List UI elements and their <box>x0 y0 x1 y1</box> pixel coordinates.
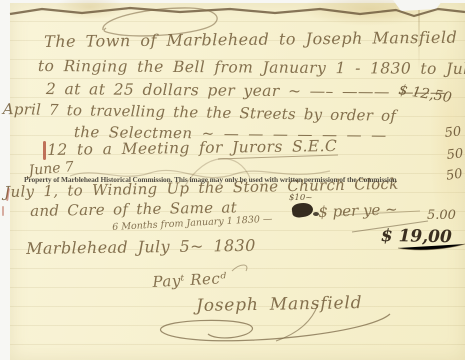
red-mark <box>43 141 46 160</box>
amount-total: $ 19,00 <box>381 226 452 247</box>
entry-ringing-line2: 2 at at 25 dollars per year ~ —– ——— ——— <box>46 80 446 101</box>
entry-ringing-line1: to Ringing the Bell from January 1 - 183… <box>38 57 465 78</box>
amount-clock: 5.00 <box>427 208 456 223</box>
amount-june: 50 <box>445 166 464 183</box>
clock-superscript: $10~ <box>289 193 312 203</box>
watermark-overlay: Property of Marblehead Historical Commis… <box>24 175 397 184</box>
document-scan: The Town of Marblehead to Joseph Mansfie… <box>0 0 465 360</box>
signature: Joseph Mansfield <box>196 293 363 316</box>
amount-jurors: 50 <box>446 146 464 163</box>
red-mark <box>2 206 4 216</box>
amount-streets: 50 <box>444 124 462 141</box>
place-date: Marblehead July 5~ 1830 <box>26 236 256 258</box>
entry-clock-line2b: $ per ye ~ <box>318 200 398 221</box>
